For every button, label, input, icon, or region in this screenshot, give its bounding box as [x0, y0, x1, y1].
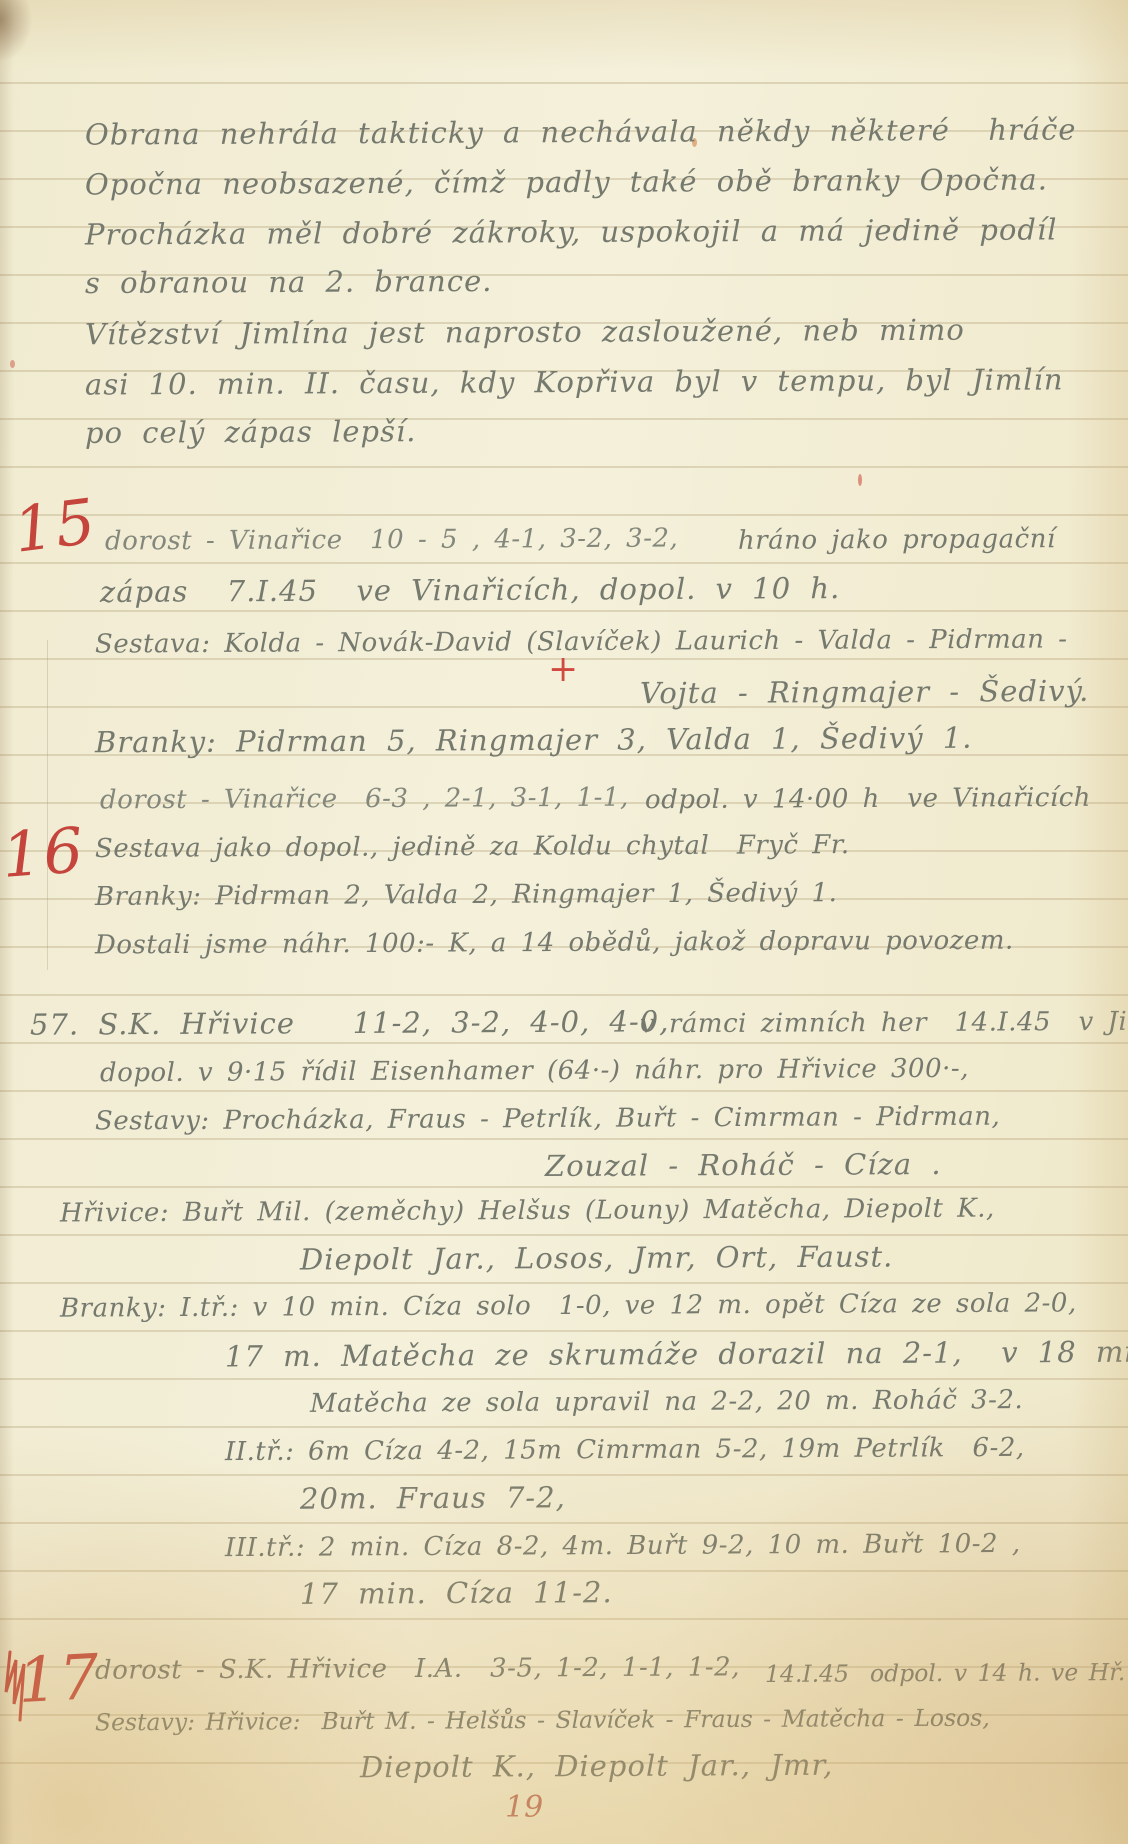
- match17-lineup-line-1: Sestavy: Hřivice: Buřt M. - Helšůs - Sla…: [95, 1701, 990, 1740]
- match16-title: dorost - Vinařice 6-3 , 2-1, 3-1, 1-1,: [100, 781, 629, 818]
- intro-line-1: Obrana nehrála takticky a nechávala někd…: [85, 112, 1077, 151]
- match15-goals-line: Branky: Pidrman 5, Ringmajer 3, Valda 1,…: [95, 721, 973, 760]
- ink-speck: [858, 474, 862, 486]
- match57-note: v rámci zimních her 14.I.45 v Jim.: [640, 1005, 1128, 1042]
- match57-goals-line-3: Matěcha ze sola upravil na 2-2, 20 m. Ro…: [310, 1383, 1023, 1421]
- match57-goals-line-4: II.tř.: 6m Cíza 4-2, 15m Cimrman 5-2, 19…: [225, 1431, 1025, 1469]
- match57-date-line: dopol. v 9·15 řídil Eisenhamer (64·-) ná…: [100, 1052, 969, 1091]
- intro-line-3: Procházka měl dobré zákroky, uspokojil a…: [85, 212, 1058, 251]
- notebook-page: Obrana nehrála takticky a nechávala někd…: [0, 0, 1128, 1844]
- match17-lineup-line-2: Diepolt K., Diepolt Jar., Jmr,: [360, 1748, 833, 1784]
- match57-goals-line-6: III.tř.: 2 min. Cíza 8-2, 4m. Buřt 9-2, …: [225, 1527, 1021, 1565]
- margin-number-17: 17: [16, 1646, 102, 1712]
- match57-lineup-line-2: Zouzal - Roháč - Cíza .: [545, 1147, 942, 1183]
- match57-lineup-line-4: Diepolt Jar., Losos, Jmr, Ort, Faust.: [300, 1239, 893, 1276]
- intro-line-7: po celý zápas lepší.: [85, 414, 417, 450]
- match57-lineup-line-3: Hřivice: Buřt Mil. (zeměchy) Helšus (Lou…: [60, 1192, 995, 1231]
- intro-line-6: asi 10. min. II. času, kdy Kopřiva byl v…: [85, 362, 1064, 401]
- intro-line-2: Opočna neobsazené, čímž padly také obě b…: [85, 162, 1048, 201]
- match57-goals-line-7: 17 min. Cíza 11-2.: [300, 1575, 613, 1611]
- match17-note: 14.I.45 odpol. v 14 h. ve Hř.: [765, 1655, 1125, 1691]
- match15-date-line: zápas 7.I.45 ve Vinařicích, dopol. v 10 …: [100, 571, 840, 609]
- page-number: 19: [505, 1790, 543, 1825]
- match17-title: dorost - S.K. Hřivice I.A. 3-5, 1-2, 1-1…: [95, 1650, 740, 1687]
- match15-note: hráno jako propagační: [738, 522, 1056, 558]
- intro-line-4: s obranou na 2. brance.: [85, 264, 493, 300]
- margin-number-16: 16: [0, 819, 87, 887]
- match15-lineup-line-1: Sestava: Kolda - Novák-David (Slavíček) …: [95, 622, 1068, 661]
- match15-lineup-line-2: Vojta - Ringmajer - Šedivý.: [640, 674, 1089, 710]
- plus-mark: +: [548, 652, 578, 688]
- match57-title: 57. S.K. Hřivice 11-2, 3-2, 4-0, 4-0,: [30, 1004, 670, 1041]
- ink-speck: [10, 360, 15, 368]
- match16-expenses-line: Dostali jsme náhr. 100:- K, a 14 obědů, …: [95, 924, 1014, 963]
- intro-line-5: Vítězství Jimlína jest naprosto zaslouže…: [85, 313, 965, 352]
- match16-note: odpol. v 14·00 h ve Vinařicích: [645, 781, 1091, 817]
- match57-lineup-line-1: Sestavy: Procházka, Fraus - Petrlík, Buř…: [95, 1100, 1000, 1139]
- match57-goals-line-2: 17 m. Matěcha ze skrumáže dorazil na 2-1…: [225, 1335, 1128, 1374]
- match16-goals-line: Branky: Pidrman 2, Valda 2, Ringmajer 1,…: [95, 876, 837, 914]
- match57-goals-line-1: Branky: I.tř.: v 10 min. Cíza solo 1-0, …: [60, 1286, 1077, 1325]
- match16-lineup-line: Sestava jako dopol., jedině za Koldu chy…: [95, 828, 850, 866]
- match15-title: dorost - Vinařice 10 - 5 , 4-1, 3-2, 3-2…: [105, 521, 678, 558]
- match57-goals-line-5: 20m. Fraus 7-2,: [300, 1480, 566, 1515]
- paper-crease: [47, 640, 48, 970]
- margin-number-15: 15: [11, 490, 101, 562]
